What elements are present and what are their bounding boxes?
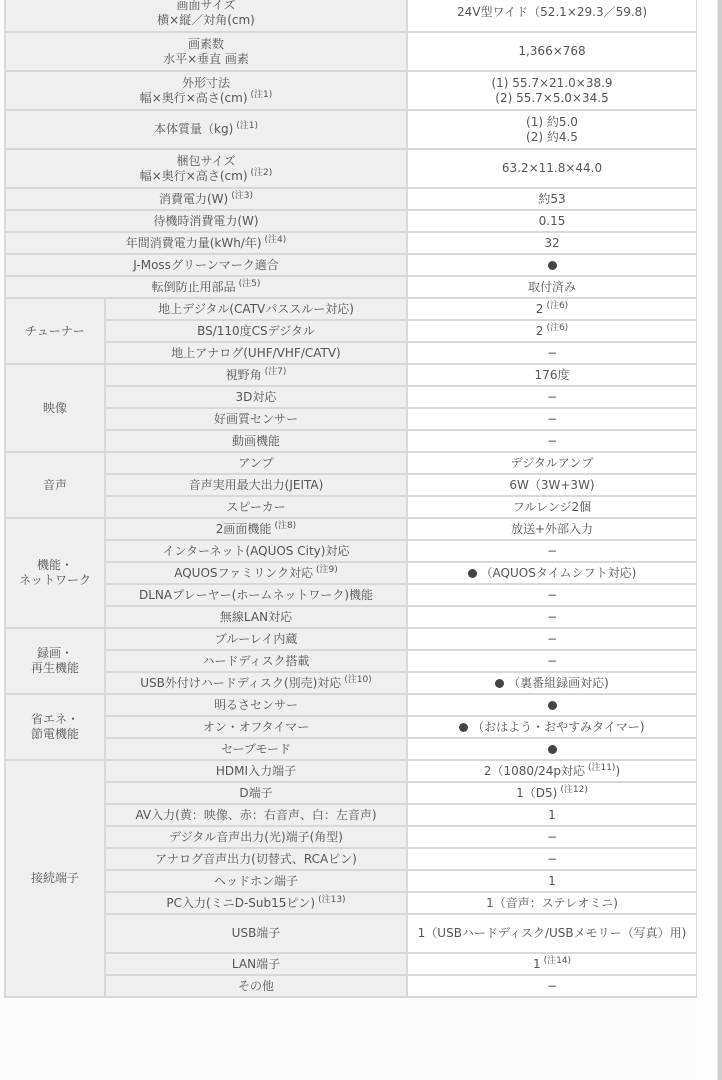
footnote-ref: (注8) — [274, 521, 296, 531]
cell-text: J-Mossグリーンマーク適合 — [133, 258, 278, 272]
spec-value: 放送+外部入力 — [407, 518, 697, 540]
spec-label: インターネット(AQUOS City)対応 — [105, 540, 407, 562]
cell-value: − — [547, 544, 557, 558]
cell-value: 6W（3W+3W) — [509, 478, 594, 492]
footnote-ref: (注2) — [251, 168, 273, 178]
cell-text: 消費電力(W) — [159, 192, 228, 206]
spec-label: D端子 — [105, 782, 407, 804]
spec-label: 音声実用最大出力(JEITA) — [105, 474, 407, 496]
cell-text: 1,366×768 — [518, 44, 585, 58]
spec-value: 63.2×11.8×44.0 — [407, 149, 697, 188]
spec-value — [407, 738, 697, 760]
spec-label: AV入力(黄：映像、赤：右音声、白：左音声) — [105, 804, 407, 826]
group-text: 節電機能 — [31, 727, 79, 741]
spec-value: （AQUOSタイムシフト対応) — [407, 562, 697, 584]
cell-text: セーブモード — [221, 742, 291, 756]
spec-label: スピーカー — [105, 496, 407, 518]
spec-row: 外形寸法幅×奥行×高さ(cm)(注1)(1) 55.7×21.0×38.9(2)… — [5, 71, 697, 110]
spec-value: − — [407, 650, 697, 672]
spec-row: LAN端子1(注14) — [5, 953, 697, 975]
cell-text: オン・オフタイマー — [203, 720, 310, 734]
supported-dot-icon — [495, 679, 504, 688]
cell-value: − — [547, 610, 557, 624]
cell-value: デジタルアンプ — [511, 456, 594, 470]
spec-row: ハードディスク搭載− — [5, 650, 697, 672]
spec-label: 外形寸法幅×奥行×高さ(cm)(注1) — [5, 71, 407, 110]
cell-value: 1（USBハードディスク/USBメモリー（写真）用) — [418, 926, 687, 940]
spec-label: BS/110度CSデジタル — [105, 320, 407, 342]
cell-text: 約53 — [538, 192, 565, 206]
cell-text: (2) 55.7×5.0×34.5 — [495, 91, 608, 105]
cell-text: 0.15 — [539, 214, 566, 228]
footnote-ref: (注11) — [588, 763, 615, 773]
spec-value: (1) 55.7×21.0×38.9(2) 55.7×5.0×34.5 — [407, 71, 697, 110]
footnote-ref: (注6) — [546, 323, 568, 333]
spec-row: BS/110度CSデジタル2(注6) — [5, 320, 697, 342]
cell-text: D端子 — [239, 786, 272, 800]
spec-row: 消費電力(W)(注3)約53 — [5, 188, 697, 210]
spec-table: 画面サイズ横×縦／対角(cm)24V型ワイド（52.1×29.3／59.8)画素… — [4, 0, 698, 998]
cell-text: 音声実用最大出力(JEITA) — [189, 478, 324, 492]
group-text: ネットワーク — [19, 573, 91, 587]
cell-text: 視野角 — [226, 368, 262, 382]
spec-value: − — [407, 386, 697, 408]
cell-text: 幅×奥行×高さ(cm) — [140, 91, 248, 105]
spec-label: ヘッドホン端子 — [105, 870, 407, 892]
spec-row: 省エネ・節電機能明るさセンサー — [5, 694, 697, 716]
cell-text: ブルーレイ内蔵 — [215, 632, 298, 646]
spec-row: 機能・ネットワーク2画面機能(注8)放送+外部入力 — [5, 518, 697, 540]
spec-label: USB外付けハードディスク(別売)対応(注10) — [105, 672, 407, 694]
spec-label: AQUOSファミリンク対応(注9) — [105, 562, 407, 584]
spec-row: スピーカーフルレンジ2個 — [5, 496, 697, 518]
cell-text: 明るさセンサー — [214, 698, 298, 712]
spec-label: アナログ音声出力(切替式、RCAピン) — [105, 848, 407, 870]
cell-text: 好画質センサー — [214, 412, 298, 426]
spec-row: 映像視野角(注7)176度 — [5, 364, 697, 386]
cell-value: 2 — [536, 302, 544, 316]
cell-text: その他 — [238, 979, 274, 993]
spec-row: AQUOSファミリンク対応(注9) （AQUOSタイムシフト対応) — [5, 562, 697, 584]
cell-text: 待機時消費電力(W) — [153, 214, 258, 228]
spec-value: (1) 約5.0(2) 約4.5 — [407, 110, 697, 149]
spec-label: 無線LAN対応 — [105, 606, 407, 628]
spec-row: 梱包サイズ幅×奥行×高さ(cm)(注2)63.2×11.8×44.0 — [5, 149, 697, 188]
spec-row: PC入力(ミニD-Sub15ピン)(注13)1（音声：ステレオミニ) — [5, 892, 697, 914]
spec-label: 2画面機能(注8) — [105, 518, 407, 540]
spec-value: 1 — [407, 804, 697, 826]
spec-group-label: 音声 — [5, 452, 105, 518]
spec-value: 約53 — [407, 188, 697, 210]
spec-label: オン・オフタイマー — [105, 716, 407, 738]
cell-text: 63.2×11.8×44.0 — [502, 161, 602, 175]
spec-group-label: 映像 — [5, 364, 105, 452]
spec-group-label: 省エネ・節電機能 — [5, 694, 105, 760]
spec-label: 3D対応 — [105, 386, 407, 408]
cell-text: 32 — [544, 236, 559, 250]
spec-value: （おはよう・おやすみタイマー) — [407, 716, 697, 738]
spec-group-label: 機能・ネットワーク — [5, 518, 105, 628]
cell-text: 外形寸法 — [182, 76, 230, 90]
spec-value: − — [407, 342, 697, 364]
spec-row: インターネット(AQUOS City)対応− — [5, 540, 697, 562]
spec-value: 176度 — [407, 364, 697, 386]
spec-row: AV入力(黄：映像、赤：右音声、白：左音声)1 — [5, 804, 697, 826]
cell-text: HDMI入力端子 — [216, 764, 296, 778]
spec-row: ヘッドホン端子1 — [5, 870, 697, 892]
spec-row: 無線LAN対応− — [5, 606, 697, 628]
spec-row: オン・オフタイマー （おはよう・おやすみタイマー) — [5, 716, 697, 738]
cell-text: AQUOSファミリンク対応 — [174, 566, 313, 580]
cell-value: 放送+外部入力 — [511, 522, 593, 536]
cell-value: 1（音声：ステレオミニ) — [486, 896, 618, 910]
footnote-ref: (注12) — [560, 785, 587, 795]
spec-value: − — [407, 826, 697, 848]
spec-value: 1（D5)(注12) — [407, 782, 697, 804]
cell-text: 取付済み — [528, 280, 576, 294]
spec-label: DLNAプレーヤー(ホームネットワーク)機能 — [105, 584, 407, 606]
spec-label: 動画機能 — [105, 430, 407, 452]
cell-text: USB外付けハードディスク(別売)対応 — [140, 676, 341, 690]
cell-value: 1（D5) — [516, 786, 557, 800]
cell-value: 1 — [548, 874, 556, 888]
spec-value: − — [407, 408, 697, 430]
spec-label: 転倒防止用部品(注5) — [5, 276, 407, 298]
cell-text: PC入力(ミニD-Sub15ピン) — [166, 896, 315, 910]
spec-value: 取付済み — [407, 276, 697, 298]
cell-text: AV入力(黄：映像、赤：右音声、白：左音声) — [135, 808, 376, 822]
spec-label: 好画質センサー — [105, 408, 407, 430]
spec-value: − — [407, 540, 697, 562]
spec-row: デジタル音声出力(光)端子(角型)− — [5, 826, 697, 848]
spec-row: 地上アナログ(UHF/VHF/CATV)− — [5, 342, 697, 364]
cell-text: 画素数 — [188, 37, 224, 51]
spec-value: デジタルアンプ — [407, 452, 697, 474]
spec-row: 画素数水平×垂直 画素1,366×768 — [5, 32, 697, 71]
cell-text: 横×縦／対角(cm) — [157, 13, 255, 27]
footnote-ref: (注1) — [251, 90, 273, 100]
group-text: 録画・ — [37, 646, 73, 660]
spec-value: 1 — [407, 870, 697, 892]
spec-label: セーブモード — [105, 738, 407, 760]
cell-text: デジタル音声出力(光)端子(角型) — [169, 830, 343, 844]
cell-text: 無線LAN対応 — [220, 610, 292, 624]
spec-row: 転倒防止用部品(注5)取付済み — [5, 276, 697, 298]
cell-text: BS/110度CSデジタル — [197, 324, 315, 338]
spec-row: 好画質センサー− — [5, 408, 697, 430]
footnote-ref: (注5) — [239, 279, 261, 289]
cell-value: − — [547, 390, 557, 404]
spec-label: 明るさセンサー — [105, 694, 407, 716]
scrollbar-edge[interactable] — [717, 0, 722, 1080]
cell-text: LAN端子 — [232, 957, 280, 971]
group-text: 省エネ・ — [31, 712, 79, 726]
supported-dot-icon — [548, 701, 557, 710]
spec-row: 待機時消費電力(W)0.15 — [5, 210, 697, 232]
page-gutter — [697, 0, 717, 1080]
cell-text: 梱包サイズ — [176, 154, 235, 168]
spec-value: − — [407, 430, 697, 452]
spec-row: 3D対応− — [5, 386, 697, 408]
spec-label: 年間消費電力量(kWh/年)(注4) — [5, 232, 407, 254]
cell-value-suffix: ) — [615, 764, 620, 778]
cell-text: 画面サイズ — [176, 0, 235, 12]
cell-text: ハードディスク搭載 — [202, 654, 309, 668]
cell-text: (1) 約5.0 — [526, 115, 578, 129]
footnote-ref: (注7) — [265, 367, 287, 377]
spec-label: 本体質量（kg)(注1) — [5, 110, 407, 149]
spec-row: その他− — [5, 975, 697, 997]
spec-row: DLNAプレーヤー(ホームネットワーク)機能− — [5, 584, 697, 606]
spec-row: 画面サイズ横×縦／対角(cm)24V型ワイド（52.1×29.3／59.8) — [5, 0, 697, 32]
cell-text: 24V型ワイド（52.1×29.3／59.8) — [457, 5, 647, 19]
cell-text: DLNAプレーヤー(ホームネットワーク)機能 — [139, 588, 373, 602]
spec-label: 画素数水平×垂直 画素 — [5, 32, 407, 71]
spec-label: 地上デジタル(CATVパススルー対応) — [105, 298, 407, 320]
spec-group-label: 録画・再生機能 — [5, 628, 105, 694]
spec-label: 待機時消費電力(W) — [5, 210, 407, 232]
spec-value: 2(注6) — [407, 298, 697, 320]
cell-value: − — [547, 632, 557, 646]
spec-value: 32 — [407, 232, 697, 254]
cell-text: スピーカー — [226, 500, 285, 514]
spec-row: 録画・再生機能ブルーレイ内蔵− — [5, 628, 697, 650]
cell-text: USB端子 — [232, 926, 281, 940]
spec-label: デジタル音声出力(光)端子(角型) — [105, 826, 407, 848]
group-text: 映像 — [43, 401, 67, 415]
cell-text: 動画機能 — [232, 434, 280, 448]
cell-text: アンプ — [238, 456, 274, 470]
spec-value: 2（1080/24p対応(注11)) — [407, 760, 697, 782]
cell-value: （AQUOSタイムシフト対応) — [477, 566, 637, 580]
spec-value — [407, 254, 697, 276]
spec-row: 動画機能− — [5, 430, 697, 452]
cell-text: 本体質量（kg) — [154, 122, 233, 136]
cell-text: 地上アナログ(UHF/VHF/CATV) — [171, 346, 341, 360]
spec-row: 音声実用最大出力(JEITA)6W（3W+3W) — [5, 474, 697, 496]
cell-value: − — [547, 412, 557, 426]
cell-value: − — [547, 588, 557, 602]
supported-dot-icon — [459, 723, 468, 732]
spec-label: HDMI入力端子 — [105, 760, 407, 782]
footnote-ref: (注14) — [544, 956, 571, 966]
cell-value: 2 — [536, 324, 544, 338]
spec-group-label: 接続端子 — [5, 760, 105, 997]
spec-label: ハードディスク搭載 — [105, 650, 407, 672]
supported-dot-icon — [548, 745, 557, 754]
footnote-ref: (注4) — [265, 235, 287, 245]
spec-label: LAN端子 — [105, 953, 407, 975]
spec-label: アンプ — [105, 452, 407, 474]
cell-value: − — [547, 654, 557, 668]
spec-row: J-Mossグリーンマーク適合 — [5, 254, 697, 276]
spec-value: 1,366×768 — [407, 32, 697, 71]
spec-value: − — [407, 975, 697, 997]
cell-value: 1 — [548, 808, 556, 822]
spec-value: − — [407, 628, 697, 650]
cell-value: 176度 — [535, 368, 570, 382]
cell-value: − — [547, 434, 557, 448]
spec-row: D端子1（D5)(注12) — [5, 782, 697, 804]
footnote-ref: (注3) — [231, 191, 253, 201]
supported-dot-icon — [548, 261, 557, 270]
cell-text: 年間消費電力量(kWh/年) — [126, 236, 262, 250]
cell-value: 2（1080/24p対応 — [484, 764, 585, 778]
spec-value: 1（USBハードディスク/USBメモリー（写真）用) — [407, 914, 697, 953]
spec-row: アナログ音声出力(切替式、RCAピン)− — [5, 848, 697, 870]
cell-text: (1) 55.7×21.0×38.9 — [491, 76, 612, 90]
spec-row: 年間消費電力量(kWh/年)(注4)32 — [5, 232, 697, 254]
spec-value — [407, 694, 697, 716]
spec-value: 0.15 — [407, 210, 697, 232]
cell-value: 1 — [533, 957, 541, 971]
spec-value: 6W（3W+3W) — [407, 474, 697, 496]
spec-value: （裏番組録画対応) — [407, 672, 697, 694]
cell-value: （おはよう・おやすみタイマー) — [468, 720, 644, 734]
footnote-ref: (注13) — [318, 895, 345, 905]
cell-value: − — [547, 852, 557, 866]
supported-dot-icon — [468, 569, 477, 578]
spec-value: − — [407, 606, 697, 628]
group-text: 接続端子 — [31, 871, 79, 885]
spec-label: 地上アナログ(UHF/VHF/CATV) — [105, 342, 407, 364]
cell-text: 3D対応 — [236, 390, 277, 404]
footnote-ref: (注10) — [344, 675, 371, 685]
group-text: 機能・ — [37, 558, 73, 572]
spec-row: セーブモード — [5, 738, 697, 760]
spec-row: 本体質量（kg)(注1)(1) 約5.0(2) 約4.5 — [5, 110, 697, 149]
spec-row: USB外付けハードディスク(別売)対応(注10) （裏番組録画対応) — [5, 672, 697, 694]
spec-group-label: チューナー — [5, 298, 105, 364]
group-text: チューナー — [25, 324, 85, 338]
group-text: 音声 — [43, 478, 67, 492]
footnote-ref: (注1) — [236, 121, 258, 131]
footnote-ref: (注9) — [316, 565, 338, 575]
spec-label: 消費電力(W)(注3) — [5, 188, 407, 210]
spec-label: その他 — [105, 975, 407, 997]
spec-value: 24V型ワイド（52.1×29.3／59.8) — [407, 0, 697, 32]
cell-text: 転倒防止用部品 — [152, 280, 236, 294]
spec-label: 画面サイズ横×縦／対角(cm) — [5, 0, 407, 32]
spec-label: 視野角(注7) — [105, 364, 407, 386]
spec-label: 梱包サイズ幅×奥行×高さ(cm)(注2) — [5, 149, 407, 188]
cell-text: 水平×垂直 画素 — [163, 52, 249, 66]
cell-text: (2) 約4.5 — [526, 130, 578, 144]
cell-text: インターネット(AQUOS City)対応 — [163, 544, 350, 558]
spec-row: チューナー地上デジタル(CATVパススルー対応)2(注6) — [5, 298, 697, 320]
group-text: 再生機能 — [31, 661, 79, 675]
cell-text: 幅×奥行×高さ(cm) — [140, 169, 248, 183]
cell-value: − — [547, 830, 557, 844]
spec-value: − — [407, 848, 697, 870]
cell-value: （裏番組録画対応) — [504, 676, 609, 690]
cell-text: 2画面機能 — [216, 522, 272, 536]
spec-value: 1(注14) — [407, 953, 697, 975]
cell-text: ヘッドホン端子 — [214, 874, 298, 888]
spec-label: USB端子 — [105, 914, 407, 953]
spec-value: − — [407, 584, 697, 606]
spec-label: J-Mossグリーンマーク適合 — [5, 254, 407, 276]
cell-text: アナログ音声出力(切替式、RCAピン) — [155, 852, 357, 866]
spec-row: 音声アンプデジタルアンプ — [5, 452, 697, 474]
cell-value: − — [547, 346, 557, 360]
spec-value: 2(注6) — [407, 320, 697, 342]
spec-value: 1（音声：ステレオミニ) — [407, 892, 697, 914]
spec-label: PC入力(ミニD-Sub15ピン)(注13) — [105, 892, 407, 914]
spec-row: USB端子1（USBハードディスク/USBメモリー（写真）用) — [5, 914, 697, 953]
cell-value: フルレンジ2個 — [513, 500, 591, 514]
spec-value: フルレンジ2個 — [407, 496, 697, 518]
spec-label: ブルーレイ内蔵 — [105, 628, 407, 650]
spec-row: 接続端子HDMI入力端子2（1080/24p対応(注11)) — [5, 760, 697, 782]
footnote-ref: (注6) — [546, 301, 568, 311]
cell-value: − — [547, 979, 557, 993]
cell-text: 地上デジタル(CATVパススルー対応) — [158, 302, 354, 316]
